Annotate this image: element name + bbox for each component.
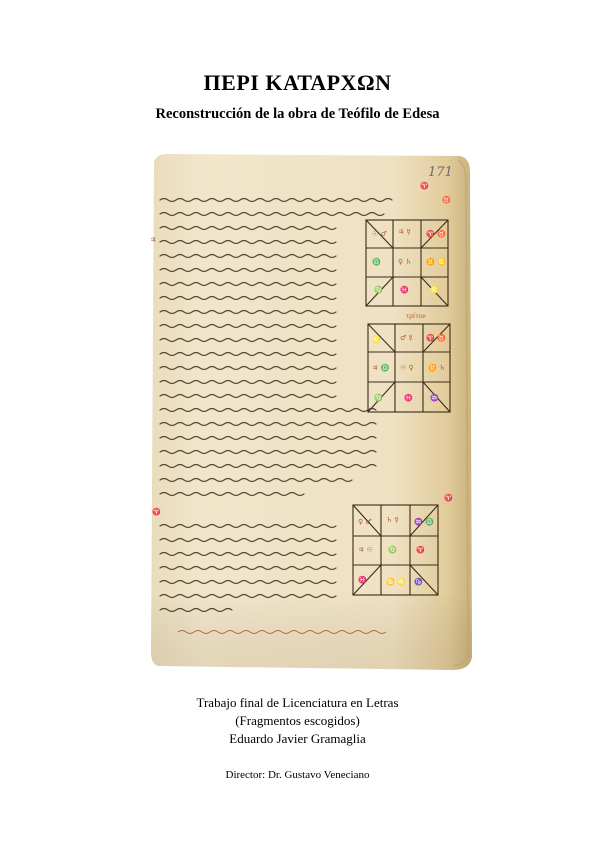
svg-text:☉ ♀: ☉ ♀ bbox=[400, 364, 414, 372]
svg-text:♃ ☿: ♃ ☿ bbox=[398, 228, 411, 236]
svg-text:♈ ♉: ♈ ♉ bbox=[426, 333, 446, 342]
svg-text:♈ ♉: ♈ ♉ bbox=[426, 229, 446, 238]
svg-text:♄ ☿: ♄ ☿ bbox=[386, 516, 399, 524]
svg-text:♌: ♌ bbox=[372, 335, 381, 344]
caption-author: Eduardo Javier Gramaglia bbox=[0, 730, 595, 748]
svg-text:♓: ♓ bbox=[404, 393, 413, 402]
page-subtitle: Reconstrucción de la obra de Teófilo de … bbox=[0, 106, 595, 123]
svg-text:♍: ♍ bbox=[374, 393, 383, 402]
diagram-label: τρίτον bbox=[406, 313, 426, 320]
svg-text:♎: ♎ bbox=[372, 257, 381, 266]
svg-text:♌: ♌ bbox=[430, 285, 439, 294]
svg-text:♀ ♄: ♀ ♄ bbox=[398, 258, 412, 266]
caption-degree: Trabajo final de Licenciatura en Letras bbox=[0, 694, 595, 712]
svg-text:♒: ♒ bbox=[430, 393, 439, 402]
svg-text:♈: ♈ bbox=[420, 181, 429, 190]
svg-text:♍: ♍ bbox=[374, 285, 383, 294]
caption-note: (Fragmentos escogidos) bbox=[0, 712, 595, 730]
svg-text:♈: ♈ bbox=[416, 545, 425, 554]
svg-text:♃ ☉: ♃ ☉ bbox=[358, 546, 373, 554]
manuscript-image: 171 bbox=[148, 152, 473, 673]
folio-number: 171 bbox=[428, 165, 453, 180]
svg-text:♋ ♌: ♋ ♌ bbox=[386, 577, 406, 586]
svg-text:♊ ♄: ♊ ♄ bbox=[428, 363, 445, 372]
svg-text:♓: ♓ bbox=[400, 285, 409, 294]
svg-text:☉ ♂: ☉ ♂ bbox=[372, 230, 387, 238]
svg-text:♃ ♎: ♃ ♎ bbox=[372, 363, 390, 372]
svg-text:♒ ♎: ♒ ♎ bbox=[414, 517, 434, 526]
svg-text:♈: ♈ bbox=[444, 493, 453, 502]
svg-text:♃: ♃ bbox=[150, 236, 156, 244]
director-line: Director: Dr. Gustavo Veneciano bbox=[0, 769, 595, 781]
svg-text:♍: ♍ bbox=[388, 545, 397, 554]
svg-text:♂ ☿: ♂ ☿ bbox=[400, 334, 413, 342]
svg-text:♑: ♑ bbox=[414, 577, 423, 586]
page-title: ΠΕΡΙ ΚΑΤΑΡΧΩΝ bbox=[0, 70, 595, 96]
svg-text:♀ ♂: ♀ ♂ bbox=[358, 518, 372, 526]
svg-text:♈: ♈ bbox=[152, 507, 161, 516]
svg-text:♉: ♉ bbox=[442, 195, 451, 204]
svg-text:♓: ♓ bbox=[358, 575, 367, 584]
svg-text:♊ ♋: ♊ ♋ bbox=[426, 257, 446, 266]
